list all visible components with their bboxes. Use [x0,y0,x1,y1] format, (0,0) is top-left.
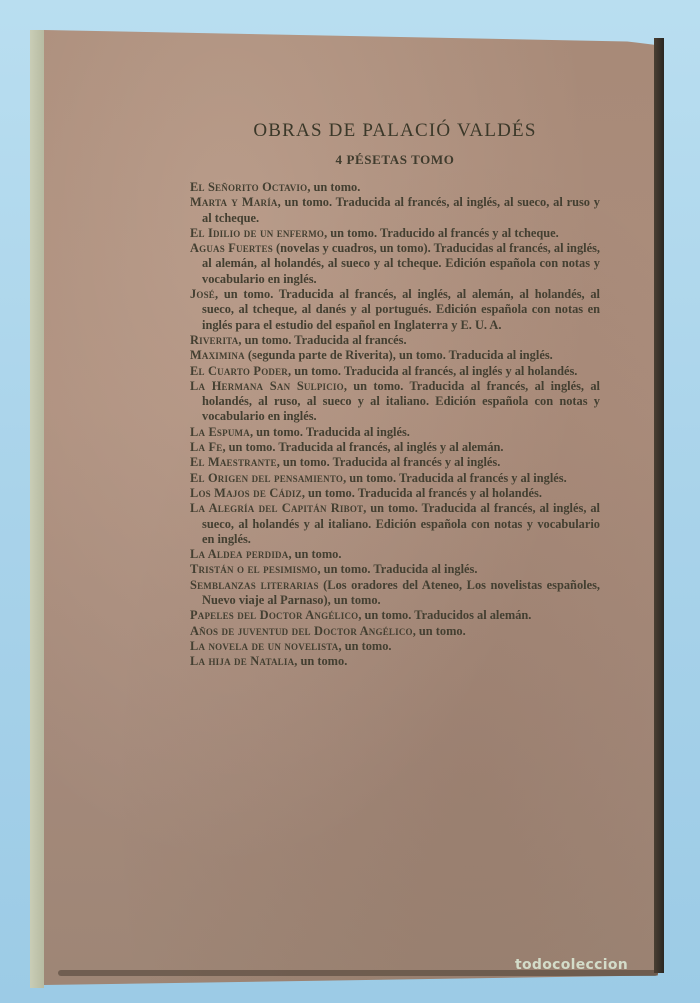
work-details: , un tomo. [294,654,347,668]
work-title: Riverita [190,333,238,347]
work-title: El Maestrante [190,455,277,469]
list-item: La Aldea perdida, un tomo. [190,547,600,562]
list-item: Semblanzas literarias (Los oradores del … [190,578,600,609]
work-details: , un tomo. Traducida al francés, al ingl… [202,287,600,332]
work-title: El Señorito Octavio [190,180,307,194]
work-details: , un tomo. Traducido al francés y al tch… [324,226,559,240]
work-title: La novela de un novelista [190,639,339,653]
work-title: El Cuarto Poder [190,364,288,378]
list-item: La novela de un novelista, un tomo. [190,639,600,654]
work-title: La Fe [190,440,222,454]
list-item: Papeles del Doctor Angélico, un tomo. Tr… [190,608,600,623]
list-item: La Alegría del Capitán Ribot, un tomo. T… [190,501,600,547]
list-item: El Idilio de un enfermo, un tomo. Traduc… [190,226,600,241]
book-page-edge [30,30,44,988]
work-title: Maximina [190,348,245,362]
work-title: El Idilio de un enfermo [190,226,324,240]
list-item: Años de juventud del Doctor Angélico, un… [190,624,600,639]
list-item: La Espuma, un tomo. Traducida al inglés. [190,425,600,440]
list-item: El Maestrante, un tomo. Traducida al fra… [190,455,600,470]
work-title: Tristán o el pesimismo [190,562,317,576]
work-title: La Hermana San Sulpicio [190,379,344,393]
work-details: , un tomo. Traducida al francés, al ingl… [222,440,503,454]
work-details: , un tomo. [339,639,392,653]
work-details: , un tomo. Traducida al francés, al ingl… [288,364,577,378]
works-list: El Señorito Octavio, un tomo.Marta y Mar… [190,180,600,670]
list-item: Marta y María, un tomo. Traducida al fra… [190,195,600,226]
list-item: La Hermana San Sulpicio, un tomo. Traduc… [190,379,600,425]
list-item: La Fe, un tomo. Traducida al francés, al… [190,440,600,455]
book-list-page: OBRAS DE PALACIÓ VALDÉS 4 PÉSETAS TOMO E… [190,120,600,670]
list-item: Riverita, un tomo. Traducida al francés. [190,333,600,348]
work-title: La Espuma [190,425,250,439]
list-item: Los Majos de Cádiz, un tomo. Traducida a… [190,486,600,501]
work-details: (segunda parte de Riverita), un tomo. Tr… [245,348,553,362]
work-details: , un tomo. Traducida al francés y al hol… [302,486,542,500]
work-details: , un tomo. Traducida al inglés. [317,562,477,576]
work-title: Marta y María [190,195,278,209]
work-details: , un tomo. [307,180,360,194]
book-spine [654,38,664,973]
work-title: El Origen del pensamiento [190,471,343,485]
work-title: La hija de Natalia [190,654,294,668]
work-details: , un tomo. [413,624,466,638]
work-title: Semblanzas literarias [190,578,319,592]
price-subtitle: 4 PÉSETAS TOMO [190,152,600,168]
list-item: La hija de Natalia, un tomo. [190,654,600,669]
watermark-logo: todocoleccion [515,957,628,973]
list-item: Maximina (segunda parte de Riverita), un… [190,348,600,363]
work-details: , un tomo. Traducidos al alemán. [358,608,531,622]
work-title: Años de juventud del Doctor Angélico [190,624,413,638]
list-item: El Cuarto Poder, un tomo. Traducida al f… [190,364,600,379]
work-title: Los Majos de Cádiz [190,486,302,500]
list-item: El Origen del pensamiento, un tomo. Trad… [190,471,600,486]
work-title: La Alegría del Capitán Ribot [190,501,363,515]
page-title: OBRAS DE PALACIÓ VALDÉS [190,120,600,142]
work-details: , un tomo. Traducida al francés. [238,333,406,347]
work-details: , un tomo. Traducida al francés y al ing… [343,471,567,485]
work-title: Papeles del Doctor Angélico [190,608,358,622]
work-title: Aguas Fuertes [190,241,273,255]
work-details: , un tomo. Traducida al inglés. [250,425,410,439]
list-item: El Señorito Octavio, un tomo. [190,180,600,195]
work-details: , un tomo. [288,547,341,561]
work-details: , un tomo. Traducida al francés y al ing… [277,455,501,469]
list-item: José, un tomo. Traducida al francés, al … [190,287,600,333]
list-item: Tristán o el pesimismo, un tomo. Traduci… [190,562,600,577]
work-title: La Aldea perdida [190,547,288,561]
list-item: Aguas Fuertes (novelas y cuadros, un tom… [190,241,600,287]
work-title: José [190,287,215,301]
